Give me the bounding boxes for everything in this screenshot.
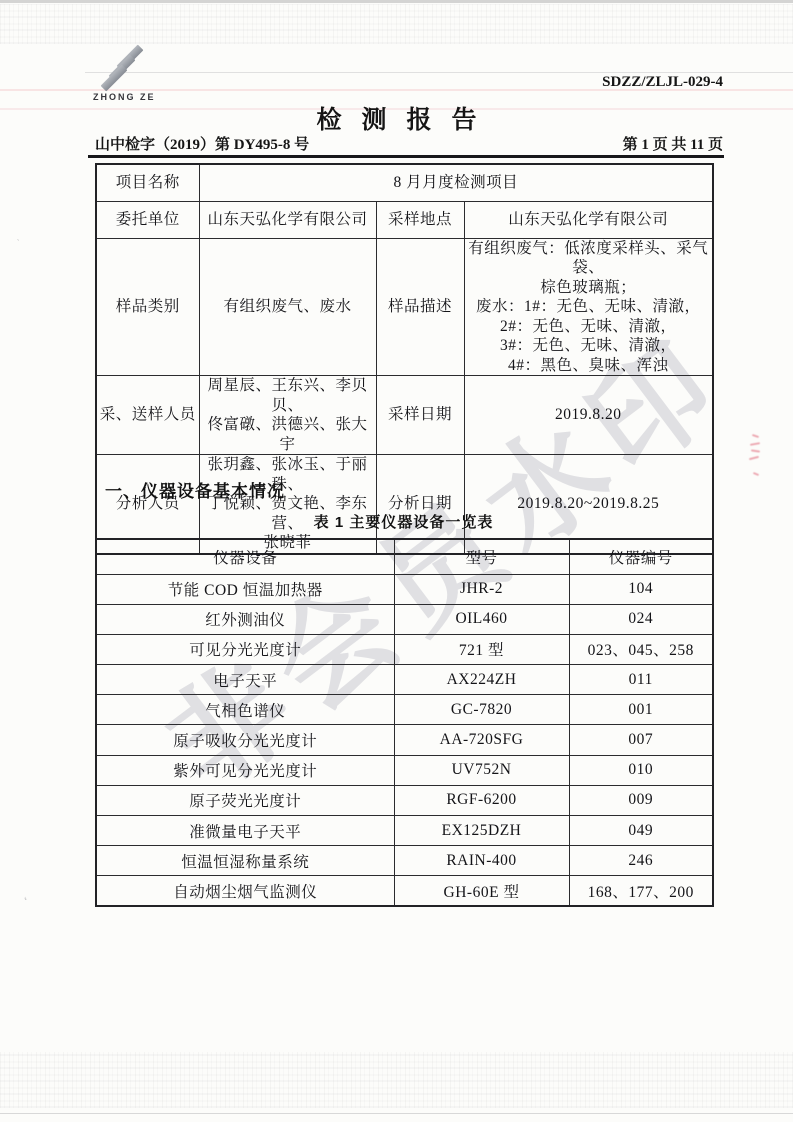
sample-desc-value: 有组织废气：低浓度采样头、采气袋、 棕色玻璃瓶； 废水：1#：无色、无味、清澈，…	[464, 238, 713, 376]
scan-noise-top	[0, 4, 793, 44]
document-code: SDZZ/ZLJL-029-4	[602, 74, 723, 91]
scan-edge-bottom	[0, 1113, 793, 1114]
instrument-cell: 电子天平	[96, 665, 394, 695]
client-value: 山东天弘化学有限公司	[199, 201, 376, 238]
sample-desc-line: 3#：无色、无味、清澈，	[467, 336, 711, 356]
instrument-cell: JHR-2	[394, 574, 569, 604]
instrument-cell: 007	[569, 725, 713, 755]
sampling-site-value: 山东天弘化学有限公司	[464, 201, 713, 238]
sample-type-label: 样品类别	[96, 238, 199, 376]
instrument-cell: 024	[569, 604, 713, 634]
report-title: 检测报告	[0, 100, 793, 136]
instrument-cell: 自动烟尘烟气监测仪	[96, 876, 394, 906]
instrument-cell: 246	[569, 846, 713, 876]
instrument-cell: 恒温恒湿称量系统	[96, 846, 394, 876]
sample-desc-line: 2#：无色、无味、清澈，	[467, 317, 711, 337]
instrument-row: 节能 COD 恒温加热器JHR-2104	[96, 574, 713, 604]
pencil-mark: ʻ	[22, 895, 31, 907]
sample-desc-line: 废水：1#：无色、无味、清澈，	[467, 297, 711, 317]
instrument-row: 准微量电子天平EX125DZH049	[96, 816, 713, 846]
instrument-cell: 010	[569, 755, 713, 785]
section-heading: 一、仪器设备基本情况	[105, 477, 285, 502]
table-row: 委托单位 山东天弘化学有限公司 采样地点 山东天弘化学有限公司	[96, 201, 713, 238]
company-logo: ZHONG ZE	[93, 48, 173, 106]
instrument-cell: 准微量电子天平	[96, 816, 394, 846]
instrument-cell: 紫外可见分光光度计	[96, 755, 394, 785]
instrument-row: 气相色谱仪GC-7820001	[96, 695, 713, 725]
red-edge-mark	[746, 432, 762, 524]
table-row: 采、送样人员 周星辰、王东兴、李贝贝、 佟富礅、洪德兴、张大宇 采样日期 201…	[96, 376, 713, 455]
instrument-cell: 节能 COD 恒温加热器	[96, 574, 394, 604]
instrument-row: 可见分光光度计721 型023、045、258	[96, 634, 713, 664]
table-row: 项目名称 8 月月度检测项目	[96, 164, 713, 201]
header-rule	[88, 155, 724, 158]
instrument-cell: 009	[569, 785, 713, 815]
samplers-value: 周星辰、王东兴、李贝贝、 佟富礅、洪德兴、张大宇	[199, 376, 376, 455]
instrument-row: 紫外可见分光光度计UV752N010	[96, 755, 713, 785]
samplers-line: 周星辰、王东兴、李贝贝、	[202, 376, 374, 415]
page-number-indicator: 第 1 页 共 11 页	[623, 133, 723, 154]
sample-desc-line: 棕色玻璃瓶；	[467, 278, 711, 298]
instrument-cell: 011	[569, 665, 713, 695]
instrument-cell: GC-7820	[394, 695, 569, 725]
sample-desc-line: 有组织废气：低浓度采样头、采气袋、	[467, 239, 711, 278]
pencil-mark: ˌ	[11, 230, 20, 242]
instrument-cell: EX125DZH	[394, 816, 569, 846]
report-page: 非会员水印 ʻ ˌ ZHONG ZE SDZZ/ZLJL-029-4 检测报告 …	[0, 0, 793, 1122]
instrument-cell: RGF-6200	[394, 785, 569, 815]
instrument-row: 原子吸收分光光度计AA-720SFG007	[96, 725, 713, 755]
instrument-cell: 可见分光光度计	[96, 634, 394, 664]
instrument-row: 原子荧光光度计RGF-6200009	[96, 785, 713, 815]
instrument-cell: OIL460	[394, 604, 569, 634]
project-name-value: 8 月月度检测项目	[199, 164, 713, 201]
sample-desc-line: 4#：黑色、臭味、浑浊	[467, 356, 711, 376]
column-header-model: 型号	[394, 539, 569, 574]
sampling-site-label: 采样地点	[376, 201, 464, 238]
instrument-cell: 023、045、258	[569, 634, 713, 664]
instrument-cell: 原子荧光光度计	[96, 785, 394, 815]
table-header-row: 仪器设备 型号 仪器编号	[96, 539, 713, 574]
samplers-label: 采、送样人员	[96, 376, 199, 455]
instrument-cell: 049	[569, 816, 713, 846]
instrument-cell: 红外测油仪	[96, 604, 394, 634]
instrument-cell: RAIN-400	[394, 846, 569, 876]
project-name-label: 项目名称	[96, 164, 199, 201]
scan-edge-top	[0, 0, 793, 3]
instrument-table-body: 节能 COD 恒温加热器JHR-2104红外测油仪OIL460024可见分光光度…	[96, 574, 713, 906]
report-subheader: 山中检字（2019）第 DY495-8 号 第 1 页 共 11 页	[95, 133, 723, 154]
table-caption: 表 1 主要仪器设备一览表	[95, 511, 712, 532]
instrument-row: 恒温恒湿称量系统RAIN-400246	[96, 846, 713, 876]
instrument-cell: 168、177、200	[569, 876, 713, 906]
instrument-cell: 104	[569, 574, 713, 604]
instrument-cell: GH-60E 型	[394, 876, 569, 906]
sample-desc-label: 样品描述	[376, 238, 464, 376]
sampling-date-value: 2019.8.20	[464, 376, 713, 455]
scan-fold-line	[85, 72, 793, 73]
instrument-cell: 原子吸收分光光度计	[96, 725, 394, 755]
instrument-table: 仪器设备 型号 仪器编号 节能 COD 恒温加热器JHR-2104红外测油仪OI…	[95, 538, 714, 907]
samplers-line: 佟富礅、洪德兴、张大宇	[202, 415, 374, 454]
instrument-cell: 001	[569, 695, 713, 725]
scan-noise-bottom	[0, 1052, 793, 1108]
instrument-row: 红外测油仪OIL460024	[96, 604, 713, 634]
instrument-cell: UV752N	[394, 755, 569, 785]
sampling-date-label: 采样日期	[376, 376, 464, 455]
sample-type-value: 有组织废气、废水	[199, 238, 376, 376]
table-row: 样品类别 有组织废气、废水 样品描述 有组织废气：低浓度采样头、采气袋、 棕色玻…	[96, 238, 713, 376]
column-header-instrument: 仪器设备	[96, 539, 394, 574]
instrument-cell: AX224ZH	[394, 665, 569, 695]
report-number: 山中检字（2019）第 DY495-8 号	[95, 133, 309, 154]
instrument-cell: 气相色谱仪	[96, 695, 394, 725]
client-label: 委托单位	[96, 201, 199, 238]
instrument-row: 电子天平AX224ZH011	[96, 665, 713, 695]
instrument-cell: AA-720SFG	[394, 725, 569, 755]
column-header-serial: 仪器编号	[569, 539, 713, 574]
instrument-row: 自动烟尘烟气监测仪GH-60E 型168、177、200	[96, 876, 713, 906]
instrument-cell: 721 型	[394, 634, 569, 664]
